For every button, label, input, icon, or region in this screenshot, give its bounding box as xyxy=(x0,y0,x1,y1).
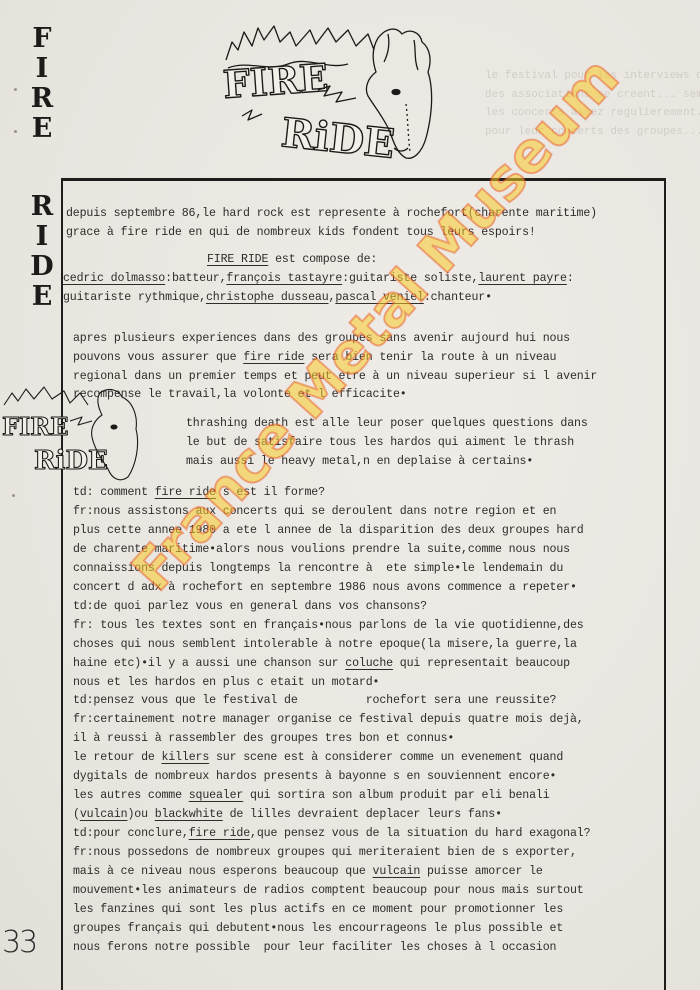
interview-line: de charente maritime•alors nous voulions… xyxy=(73,541,570,560)
interview-line: nous ferons notre possible pour leur fac… xyxy=(73,939,556,958)
punch-mark xyxy=(14,130,17,133)
fire-ride-logo: FIRE RiDE xyxy=(218,20,443,170)
horse-head-flame-logo-icon: FIRE RiDE xyxy=(0,385,150,485)
fire-ride-side-logo: FIRE RiDE xyxy=(0,385,150,485)
interview-line: fr: tous les textes sont en français•nou… xyxy=(73,617,584,636)
lineup-line-2: guitariste rythmique,christophe dusseau,… xyxy=(63,289,492,308)
band-name: FIRE RIDE xyxy=(207,253,268,266)
horse-head-flame-logo-icon: FIRE RiDE xyxy=(218,20,443,170)
interview-line: les autres comme squealer qui sortira so… xyxy=(73,787,550,806)
intro2-line: mais aussi le heavy metal,n en deplaise … xyxy=(186,453,533,472)
interview-line: concert d adx à rochefort en septembre 1… xyxy=(73,579,577,598)
vertical-title-fire: F I R E xyxy=(28,24,56,144)
intro-line-2: grace à fire ride en qui de nombreux kid… xyxy=(66,224,536,243)
interview-line: choses qui nous semblent intolerable à n… xyxy=(73,636,577,655)
interview-line: (vulcain)ou blackwhite de lilles devraie… xyxy=(73,806,502,825)
interview-line: connaissions depuis longtemps la rencont… xyxy=(73,560,563,579)
interview-line: le retour de killers sur scene est à con… xyxy=(73,749,563,768)
interview-line: plus cette annee 1980 a ete l annee de l… xyxy=(73,522,584,541)
interview-line: fr:nous possedons de nombreux groupes qu… xyxy=(73,844,577,863)
interview-line: mouvement•les animateurs de radios compt… xyxy=(73,882,584,901)
svg-text:FIRE: FIRE xyxy=(2,412,69,441)
interview-line: fr:nous assistons aux concerts qui se de… xyxy=(73,503,556,522)
interview-line: mais à ce niveau nous esperons beaucoup … xyxy=(73,863,543,882)
interview-line: nous et les hardos en plus c etait un mo… xyxy=(73,674,379,693)
fanzine-page: F I R E R I D E FIRE RiDE xyxy=(0,0,700,990)
interview-line: td:de quoi parlez vous en general dans v… xyxy=(73,598,427,617)
punch-mark xyxy=(14,88,17,91)
interview-line: fr:certainement notre manager organise c… xyxy=(73,711,584,730)
bleed-through-text: le festival pour les interviews des grou… xyxy=(485,67,700,141)
paragraph-line: pouvons vous assurer que fire ride sera … xyxy=(73,349,556,368)
lineup-line-1: cedric dolmasso:batteur,françois tastayr… xyxy=(63,270,574,289)
paragraph-line: regional dans un premier temps et peut e… xyxy=(73,368,597,387)
svg-text:FIRE: FIRE xyxy=(221,55,329,107)
intro2-line: thrashing death est alle leur poser quel… xyxy=(186,415,588,434)
intro2-line: le but de satisfaire tous les hardos qui… xyxy=(186,434,574,453)
lineup-heading: FIRE RIDE est compose de: xyxy=(207,251,377,270)
punch-mark xyxy=(12,494,15,497)
svg-text:RiDE: RiDE xyxy=(279,109,397,168)
interview-line: td:pensez vous que le festival de rochef… xyxy=(73,692,556,711)
intro-line-1: depuis septembre 86,le hard rock est rep… xyxy=(66,205,597,224)
interview-line: dygitals de nombreux hardos presents à b… xyxy=(73,768,556,787)
paragraph-line: apres plusieurs experiences dans des gro… xyxy=(73,330,570,349)
interview-line: haine etc)•il y a aussi une chanson sur … xyxy=(73,655,570,674)
interview-line: td: comment fire ride s est il forme? xyxy=(73,484,325,503)
interview-line: td:pour conclure,fire ride,que pensez vo… xyxy=(73,825,590,844)
interview-line: il à reussi à rassembler des groupes tre… xyxy=(73,730,454,749)
interview-line: les fanzines qui sont les plus actifs en… xyxy=(73,901,563,920)
vertical-title-ride: R I D E xyxy=(28,192,56,312)
interview-line: groupes français qui debutent•nous les e… xyxy=(73,920,563,939)
page-number: 33 xyxy=(2,925,36,960)
